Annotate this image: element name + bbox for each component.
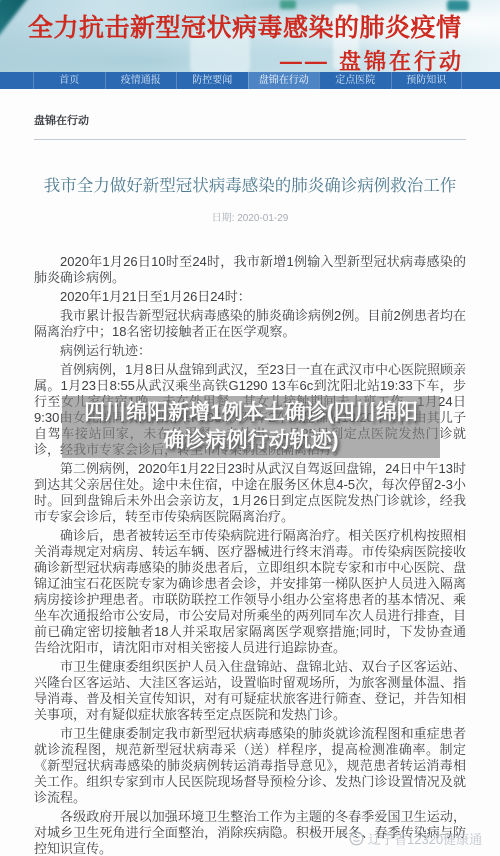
site-watermark: 辽宁省12320健康通 (349, 829, 482, 848)
article-date: 日期: 2020-01-29 (34, 209, 466, 224)
content: 盘锦在行动 我市全力做好新型冠状病毒感染的肺炎确诊病例救治工作 日期: 2020… (0, 89, 500, 856)
paragraph: 市卫生健康委组织医护人员入住盘锦站、盘锦北站、双台子区客运站、兴隆台区客运站、大… (34, 659, 466, 723)
main-nav: 首页 疫情通报 防控要闻 盘锦在行动 定点医院 预防知识 (0, 72, 500, 89)
banner-title: 全力抗击新型冠状病毒感染的肺炎疫情 (28, 8, 472, 44)
overlay-text: 四川绵阳新增1例本土确诊(四川绵阳确诊病例行动轨迹) (74, 399, 428, 455)
date-label: 日期: (212, 213, 235, 224)
paragraph: 病例运行轨迹： (34, 343, 466, 359)
breadcrumb-bar: 盘锦在行动 (34, 111, 466, 140)
nav-item-designated-hospitals[interactable]: 定点医院 (319, 72, 391, 89)
nav-item-home[interactable]: 首页 (33, 72, 105, 89)
paragraph: 确诊后，患者被转运至市传染病院进行隔离治疗。相关医疗机构按照相关消毒规定对病房、… (34, 528, 466, 656)
paragraph: 市卫生健康委制定我市新型冠状病毒感染的肺炎就诊流程图和重症患者就诊流程图，规范新… (34, 726, 466, 806)
banner-subtitle: —— 盘锦在行动 (280, 45, 464, 72)
date-value: 2020-01-29 (237, 213, 288, 224)
nav-item-prevention-news[interactable]: 防控要闻 (176, 72, 248, 89)
nav-item-panjin-action[interactable]: 盘锦在行动 (248, 72, 320, 89)
article-body: 2020年1月26日10时至24时，我市新增1例输入型新型冠状病毒感染的肺炎确诊… (34, 254, 466, 856)
nav-item-epidemic-report[interactable]: 疫情通报 (105, 72, 177, 89)
breadcrumb[interactable]: 盘锦在行动 (34, 115, 89, 127)
paragraph: 第二例病例，2020年1月22日23时从武汉自驾返回盘锦，24日中午13时到达其… (34, 461, 466, 525)
paragraph: 2020年1月21日至1月26日24时： (34, 289, 466, 305)
banner: 全力抗击新型冠状病毒感染的肺炎疫情 —— 盘锦在行动 (0, 0, 500, 72)
paragraph: 2020年1月26日10时至24时，我市新增1例输入型新型冠状病毒感染的肺炎确诊… (34, 254, 466, 286)
watermark-text: 辽宁省12320健康通 (368, 829, 482, 848)
page: 全力抗击新型冠状病毒感染的肺炎疫情 —— 盘锦在行动 首页 疫情通报 防控要闻 … (0, 0, 500, 856)
paragraph: 我市累计报告新型冠状病毒感染的肺炎确诊病例2例。目前2例患者均在隔离治疗中；18… (34, 308, 466, 340)
caption-overlay: 四川绵阳新增1例本土确诊(四川绵阳确诊病例行动轨迹) (62, 396, 440, 458)
article-title: 我市全力做好新型冠状病毒感染的肺炎确诊病例救治工作 (34, 174, 466, 198)
nav-item-prevention-knowledge[interactable]: 预防知识 (391, 72, 463, 89)
health-logo-icon (349, 831, 364, 846)
